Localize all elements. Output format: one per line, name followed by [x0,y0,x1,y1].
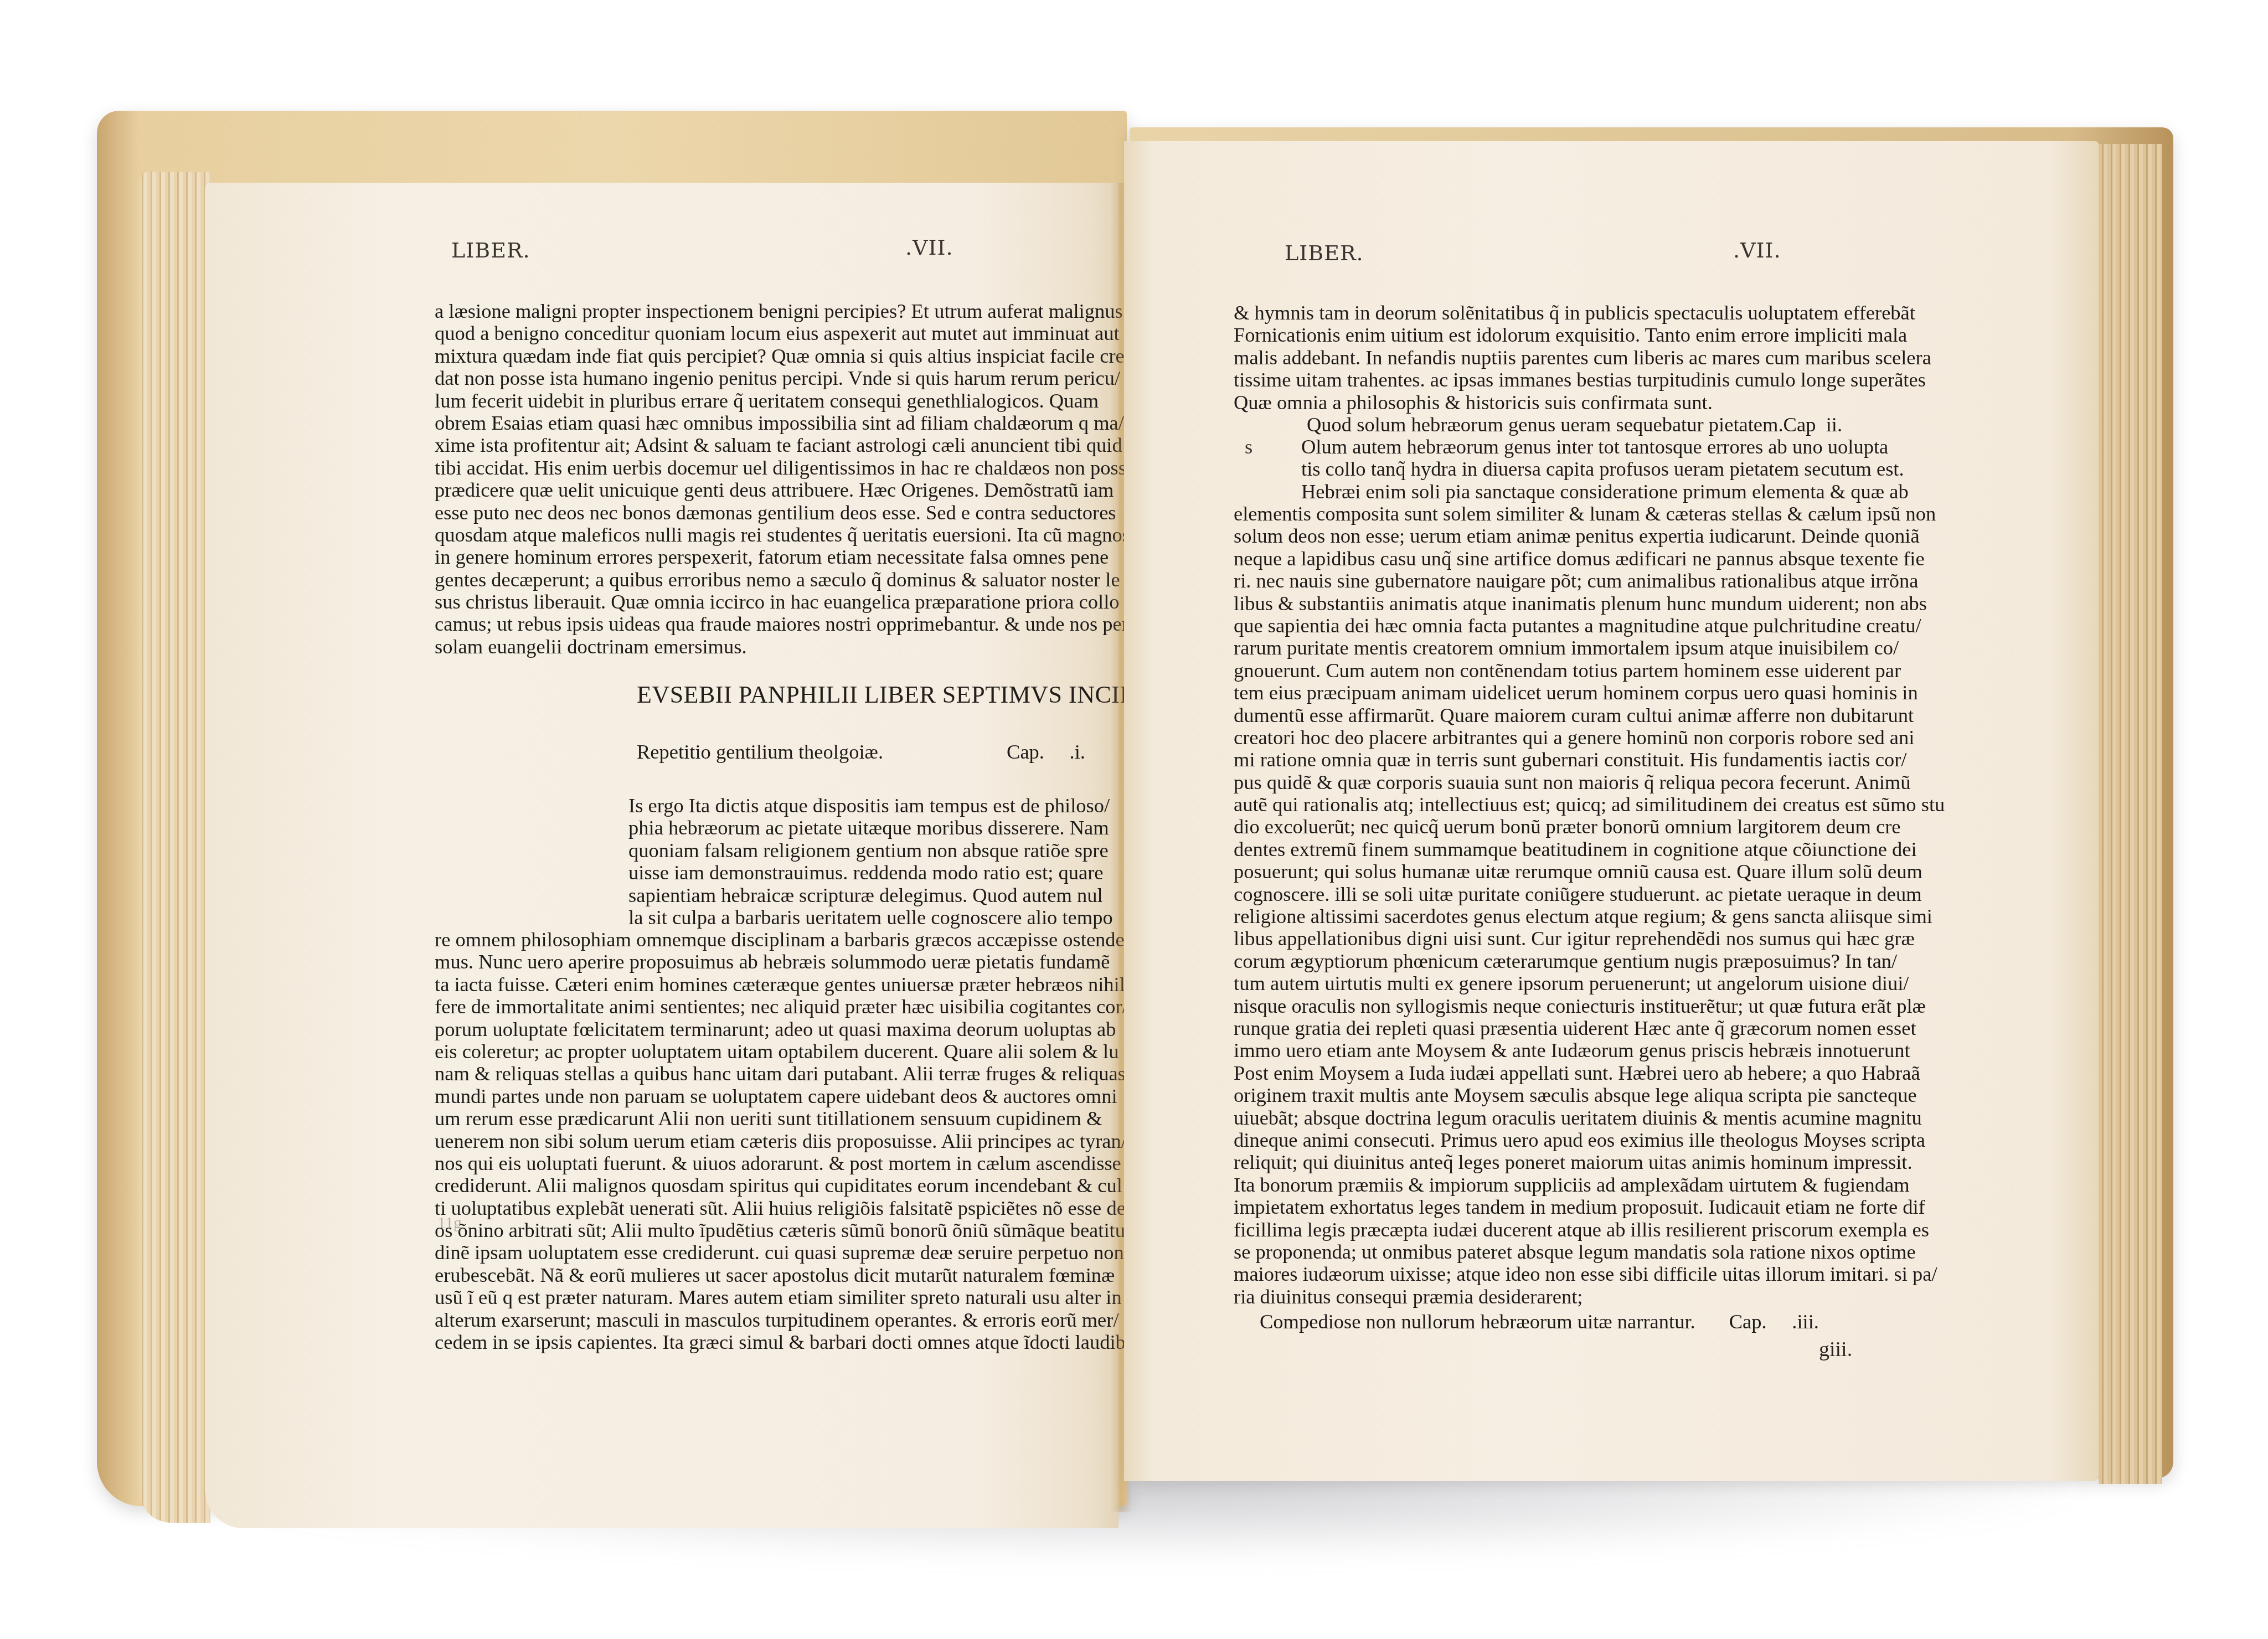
chapter-heading-1: Repetitio gentilium theolgoiæ. Cap. .i. [637,741,1085,763]
right-text-top: & hymnis tam in deorum solẽnitatibus q̃ … [1234,302,1931,414]
text-line: os õnino arbitrati sũt; Alii multo ĩpudẽ… [435,1219,1143,1241]
running-head-left-book-number: .VII. [905,235,953,260]
text-line: & hymnis tam in deorum solẽnitatibus q̃ … [1234,302,1931,324]
text-line: alterum exarserunt; masculi in masculos … [435,1309,1143,1331]
text-line: ti uoluptatibus explebãt uenerati sũt. A… [435,1197,1143,1219]
text-line: ria diuinitus consequi præmia desiderare… [1234,1286,1945,1308]
text-line: solam euangelii doctrinam emersimus. [435,636,1135,658]
marginal-note: 11g [437,1214,462,1233]
text-line: creatori hoc deo placere arbitrantes qui… [1234,726,1945,749]
text-line: erubescebãt. Nã & eorũ mulieres ut sacer… [435,1264,1143,1286]
text-line: Quæ omnia a philosophis & historicis sui… [1234,391,1931,414]
text-line: tissime uitam trahentes. ac ipsas immane… [1234,369,1931,391]
text-line: fere de immortalitate animi sentientes; … [435,996,1143,1018]
text-line: a læsione maligni propter inspectionem b… [435,300,1135,322]
left-text-top: a læsione maligni propter inspectionem b… [435,300,1135,658]
guide-letter: s [1245,436,1252,458]
left-text-bottom: re omnem philosophiam omnemque disciplin… [435,929,1143,1353]
running-head-right-book-number: .VII. [1733,238,1781,262]
text-line: Olum autem hebræorum genus inter tot tan… [1301,436,1909,458]
text-line: in genere hominum errores perspexerit, f… [435,546,1135,568]
fore-edge-left [138,172,210,1523]
text-line: cognoscere. illi se soli uitæ puritate c… [1234,883,1945,905]
chapter-label: Cap. .i. [1007,741,1085,763]
text-line: uisse iam demonstrauimus. reddenda modo … [628,862,1113,884]
book-heading-text: EVSEBII PANPHILII LIBER SEPTIMVS INCIPIT… [637,684,1162,706]
text-line: eis coleretur; ac propter uoluptatem uit… [435,1040,1143,1063]
text-line: rarum puritate mentis creatorem omnium i… [1234,637,1945,659]
text-line: tum autem uirtutis multi ex genere ipsor… [1234,972,1945,994]
text-line: obrem Esaias etiam quasi hæc omnibus imp… [435,412,1135,434]
text-line: se proponenda; ut onmibus pateret absque… [1234,1241,1945,1263]
text-line: phia hebræorum ac pietate uitæque moribu… [628,817,1113,839]
text-line: quoniam falsam religionem gentium non ab… [628,839,1113,862]
text-line: sus christus liberauit. Quæ omnia iccirc… [435,591,1135,613]
fore-edge-right [2099,144,2162,1484]
text-line: dio excoluerũt; nec quicq̃ uerum bonũ pr… [1234,816,1945,838]
text-line: quosdam atque maleficos nulli magis rei … [435,524,1135,546]
right-text-body: elementis composita sunt solem similiter… [1234,503,1945,1308]
text-line: mus. Nunc uero aperire proposuimus ab he… [435,951,1143,973]
text-line: dat non posse ista humano ingenio penitu… [435,367,1135,389]
text-line: mundi partes unde non paruam se uoluptat… [435,1085,1143,1107]
chapter-label-text: Cap. [1007,740,1044,763]
text-line: Is ergo Ita dictis atque dispositis iam … [628,795,1113,817]
chapter-number: .iii. [1792,1310,1819,1333]
text-line: uenerem non sibi solum uerum etiam cæter… [435,1130,1143,1152]
text-line: nam & reliquas stellas a quibus hanc uit… [435,1063,1143,1085]
running-head-right-liber: LIBER. [1285,241,1364,265]
book-heading: EVSEBII PANPHILII LIBER SEPTIMVS INCIPIT… [637,684,1162,706]
chapter-title: Compediose non nullorum hebræorum uitæ n… [1260,1311,1695,1333]
text-line: dumentũ esse affirmarũt. Quare maiorem c… [1234,704,1945,726]
text-line: nisque oraculis non syllogismis neque co… [1234,995,1945,1017]
chapter-label-text: Cap [1784,413,1816,436]
chapter-label-text: Cap. [1729,1310,1767,1333]
right-page: LIBER. .VII. & hymnis tam in deorum solẽ… [1124,141,2099,1481]
text-line: sapientiam hebraicæ scripturæ delegimus.… [628,884,1113,906]
text-line: ri. nec nauis sine gubernatore nauigare … [1234,570,1945,592]
text-line: autẽ qui rationalis atq; intellectiuus e… [1234,793,1945,816]
text-line: religione altissimi sacerdotes genus ele… [1234,905,1945,927]
text-line: libus appellationibus digni uisi sunt. C… [1234,927,1945,950]
text-line: ta iacta fuisse. Cæteri enim homines cæt… [435,973,1143,996]
running-head-left-liber: LIBER. [451,238,530,262]
text-line: impietatem exhortatus leges tandem in me… [1234,1196,1945,1218]
text-line: re omnem philosophiam omnemque disciplin… [435,929,1143,951]
text-line: xime ista profitentur ait; Adsint & salu… [435,434,1135,456]
text-line: reliquit; qui diuinitus anteq̃ leges pon… [1234,1151,1945,1173]
text-line: dinẽ ipsam uoluptatem esse crediderunt. … [435,1241,1143,1264]
text-line: corum ægyptiorum phœnicum cæterarumque g… [1234,950,1945,972]
text-line: prædicere quæ uelit unicuique genti deus… [435,479,1135,501]
text-line: immo uero etiam ante Moysem & ante Iudæo… [1234,1039,1945,1061]
chapter-title: Repetitio gentilium theolgoiæ. [637,741,883,763]
chapter-number: .i. [1070,740,1085,763]
text-line: pus quidẽ & quæ corporis suauia sunt non… [1234,771,1945,793]
text-line: Post enim Moysem a Iuda iudæi appellati … [1234,1062,1945,1084]
text-line: crediderunt. Alii malignos quosdam spiri… [435,1174,1143,1197]
text-line: mixtura quædam inde fiat quis percipiet?… [435,345,1135,367]
text-line: tibi accidat. His enim uerbis docemur ue… [435,457,1135,479]
text-line: dentes extremũ finem summamque beatitudi… [1234,838,1945,860]
text-line: neque a lapidibus casu unq̃ sine artific… [1234,548,1945,570]
text-line: cedem in se ipsis capientes. Ita græci s… [435,1331,1143,1353]
text-line: tis collo tanq̃ hydra in diuersa capita … [1301,458,1909,480]
text-line: um rerum esse prædicarunt Alii non uerit… [435,1107,1143,1130]
text-line: esse puto nec deos nec bonos dæmonas gen… [435,502,1135,524]
text-line: lum fecerit uidebit in pluribus errare q… [435,390,1135,412]
text-line: gentes decæperunt; a quibus erroribus ne… [435,569,1135,591]
text-line: porum uoluptate fœlicitatem terminarunt;… [435,1018,1143,1040]
text-line: runque gratia dei repleti quasi præsenti… [1234,1017,1945,1039]
text-line: uiuebãt; absque doctrina legum oraculis … [1234,1107,1945,1129]
chapter-label: Cap ii. [1784,414,1842,436]
text-line: Fornicationis enim uitium est idolorum e… [1234,324,1931,346]
chapter-heading-2: Quod solum hebræorum genus ueram sequeba… [1307,414,1777,436]
chapter-title: Quod solum hebræorum genus ueram sequeba… [1307,414,1784,436]
text-line: originem traxit multis ante Moysem sæcul… [1234,1084,1945,1106]
text-line: la sit culpa a barbaris ueritatem uelle … [628,906,1113,929]
text-line: maiores iudæorum uixisse; atque ideo non… [1234,1263,1945,1285]
text-line: elementis composita sunt solem similiter… [1234,503,1945,525]
signature-mark: giii. [1819,1337,1852,1362]
text-line: camus; ut rebus ipsis uideas qua fraude … [435,613,1135,635]
text-line: libus & substantiis animatis atque inani… [1234,592,1945,615]
text-line: gnouerunt. Cum autem non contẽnendam tot… [1234,659,1945,682]
chapter-heading-3: Compediose non nullorum hebræorum uitæ n… [1260,1311,1819,1333]
left-page: LIBER. .VII. a læsione maligni propter i… [205,183,1118,1528]
text-line: que sapientia dei hæc omnia facta putant… [1234,615,1945,637]
text-line: usũ ĩ eũ q est præter naturam. Mares aut… [435,1286,1143,1308]
text-line: quod a benigno conceditur quoniam locum … [435,322,1135,344]
text-line: Ita bonorum præmiis & impiorum supplicii… [1234,1174,1945,1196]
text-line: tem eius præcipuam animam uidelicet ueru… [1234,682,1945,704]
right-text-indented: Olum autem hebræorum genus inter tot tan… [1301,436,1909,503]
text-line: nos qui eis uoluptati fuerunt. & uiuos a… [435,1152,1143,1174]
text-line: solum deos non esse; uerum etiam animæ p… [1234,525,1945,547]
text-line: malis addebant. In nefandis nuptiis pare… [1234,347,1931,369]
text-line: Hebræi enim soli pia sanctaque considera… [1301,481,1909,503]
chapter-number: ii. [1826,413,1842,436]
text-line: mi ratione omnia quæ in terris sunt gube… [1234,749,1945,771]
text-line: dineque animi consecuti. Primus uero apu… [1234,1129,1945,1151]
left-text-indented: Is ergo Ita dictis atque dispositis iam … [628,795,1113,929]
chapter-label: Cap. .iii. [1729,1311,1819,1333]
text-line: posuerunt; qui solus humanæ uitæ rerumqu… [1234,860,1945,883]
text-line: ficillima legis præcæpta iudæi ducerent … [1234,1219,1945,1241]
